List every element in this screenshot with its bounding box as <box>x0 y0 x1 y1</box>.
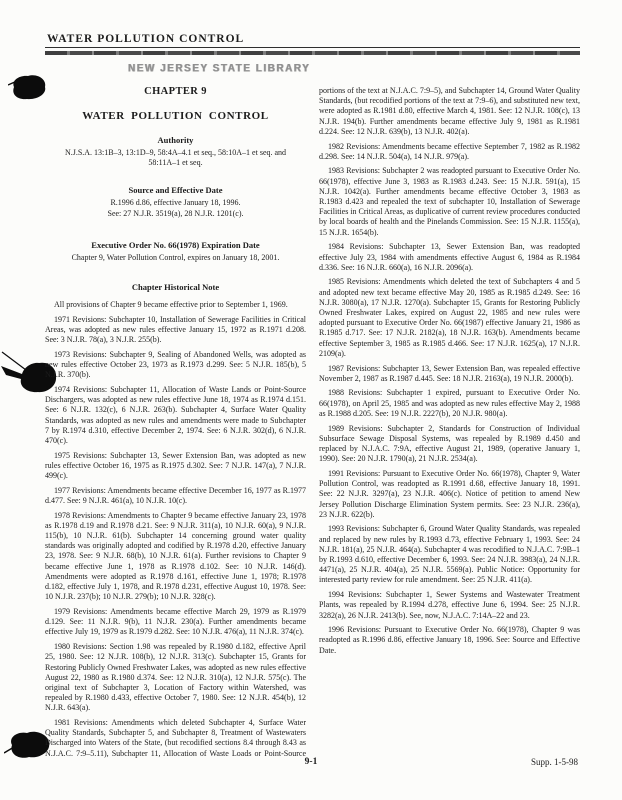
revision-paragraph-1971: 1971 Revisions: Subchapter 10, Installat… <box>45 315 306 346</box>
left-column: CHAPTER 9 WATER POLLUTION CONTROL Author… <box>45 84 306 758</box>
right-column: portions of the text at N.J.A.C. 7:9–5),… <box>319 84 580 758</box>
revision-paragraph-1994: 1994 Revisions: Subchapter 1, Sewer Syst… <box>319 590 580 621</box>
revision-paragraph-1988: 1988 Revisions: Subchapter 1 expired, pu… <box>319 388 580 419</box>
executive-order-text: Chapter 9, Water Pollution Control, expi… <box>51 253 300 263</box>
historical-note-heading: Chapter Historical Note <box>45 282 306 292</box>
authority-text: N.J.S.A. 13:1B–3, 13:1D–9, 58:4A–4.1 et … <box>51 148 300 168</box>
revision-paragraph-1980: 1980 Revisions: Section 1.98 was repeale… <box>45 642 306 713</box>
revision-paragraph-1982: 1982 Revisions: Amendments became effect… <box>319 142 580 162</box>
header-rule-thick <box>45 51 580 55</box>
revision-paragraph-1987: 1987 Revisions: Subchapter 13, Sewer Ext… <box>319 364 580 384</box>
revision-paragraph-1989: 1989 Revisions: Subchapter 2, Standards … <box>319 424 580 465</box>
revision-paragraph-1993: 1993 Revisions: Subchapter 6, Ground Wat… <box>319 524 580 585</box>
ink-blob-artifact-top <box>8 73 48 100</box>
source-line-1: R.1996 d.86, effective January 18, 1996. <box>51 198 300 208</box>
revision-paragraph-1981: 1981 Revisions: Amendments which deleted… <box>45 718 306 758</box>
document-page: WATER POLLUTION CONTROL NEW JERSEY STATE… <box>0 0 622 800</box>
revision-paragraph-1996: 1996 Revisions: Pursuant to Executive Or… <box>319 625 580 656</box>
revision-paragraph-1973: 1973 Revisions: Subchapter 9, Sealing of… <box>45 350 306 381</box>
revision-paragraph-1983: 1983 Revisions: Subchapter 2 was readopt… <box>319 166 580 237</box>
chapter-label: CHAPTER 9 <box>45 86 306 97</box>
executive-order-heading: Executive Order No. 66(1978) Expiration … <box>45 240 306 250</box>
revision-paragraph-1981-continued: portions of the text at N.J.A.C. 7:9–5),… <box>319 86 580 137</box>
header-rule-thin <box>45 47 580 48</box>
historical-intro-paragraph: All provisions of Chapter 9 became effec… <box>45 300 306 310</box>
library-stamp: NEW JERSEY STATE LIBRARY <box>128 62 310 74</box>
revision-paragraph-1974: 1974 Revisions: Subchapter 11, Allocatio… <box>45 385 306 446</box>
revision-paragraph-1978: 1978 Revisions: Amendments to Chapter 9 … <box>45 511 306 603</box>
footer-page-number: 9-1 <box>0 757 622 767</box>
source-heading: Source and Effective Date <box>45 185 306 195</box>
footer-supplement-date: Supp. 1-5-98 <box>531 757 578 767</box>
revision-paragraph-1991: 1991 Revisions: Pursuant to Executive Or… <box>319 469 580 520</box>
revision-paragraph-1975: 1975 Revisions: Subchapter 13, Sewer Ext… <box>45 451 306 482</box>
revision-paragraph-1984: 1984 Revisions: Subchapter 13, Sewer Ext… <box>319 242 580 273</box>
authority-heading: Authority <box>45 135 306 145</box>
revision-paragraph-1979: 1979 Revisions: Amendments became effect… <box>45 607 306 638</box>
running-head-title: WATER POLLUTION CONTROL <box>47 33 244 45</box>
source-line-2: See: 27 N.J.R. 3519(a), 28 N.J.R. 1201(c… <box>51 209 300 219</box>
two-column-text-area: CHAPTER 9 WATER POLLUTION CONTROL Author… <box>45 84 580 758</box>
chapter-title: WATER POLLUTION CONTROL <box>45 110 306 122</box>
revision-paragraph-1977: 1977 Revisions: Amendments became effect… <box>45 486 306 506</box>
revision-paragraph-1985: 1985 Revisions: Amendments which deleted… <box>319 277 580 359</box>
